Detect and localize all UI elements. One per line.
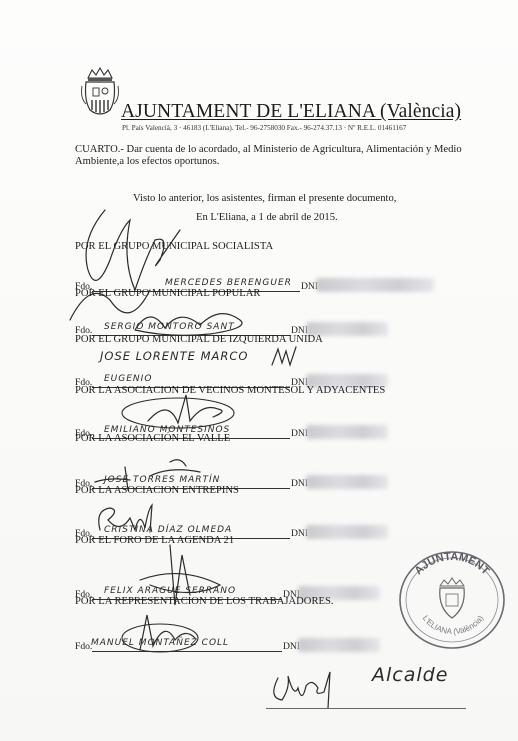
alcalde-signature-line	[266, 708, 466, 709]
date-place: En L'Eliana, a 1 de abril de 2015.	[196, 212, 338, 223]
dni-redacted-value	[306, 425, 388, 439]
signatory-group-label: POR LA ASOCIACIÓN EL VALLE	[75, 433, 230, 444]
dni-redacted-value	[316, 278, 434, 292]
handwritten-name: EUGENIO	[104, 374, 152, 384]
handwritten-name-note: JOSE LORENTE MARCO	[100, 349, 248, 363]
coat-of-arms-icon	[80, 64, 120, 120]
alcalde-label: Alcalde	[372, 664, 448, 686]
official-stamp-icon: AJUNTAMENT L'ELIANA (València)	[396, 548, 508, 652]
signature-alcalde	[268, 668, 358, 708]
dni-redacted-value	[298, 638, 380, 652]
dni-redacted-value	[306, 475, 388, 489]
signature-entrepins	[90, 500, 160, 540]
dni-redacted-value	[306, 525, 388, 539]
signature-agenda21	[120, 545, 230, 615]
signature-trabajadores	[115, 610, 215, 655]
stamp-top-text: AJUNTAMENT	[412, 551, 491, 578]
institution-address: Pl. País Valencià, 3 · 46183 (L'Eliana).…	[122, 124, 406, 132]
institution-title: AJUNTAMENT DE L'ELIANA (València)	[121, 101, 461, 123]
signature-montesol	[118, 393, 238, 433]
document-page: AJUNTAMENT DE L'ELIANA (València) Pl. Pa…	[0, 0, 518, 741]
fdo-label: Fdo.	[75, 641, 92, 652]
signature-popular	[130, 300, 260, 340]
resolution-paragraph: CUARTO.- Dar cuenta de lo acordado, al M…	[75, 144, 475, 168]
svg-text:AJUNTAMENT: AJUNTAMENT	[412, 551, 491, 578]
signature-izquierda-unida	[270, 345, 300, 369]
signature-el-valle	[90, 452, 210, 492]
